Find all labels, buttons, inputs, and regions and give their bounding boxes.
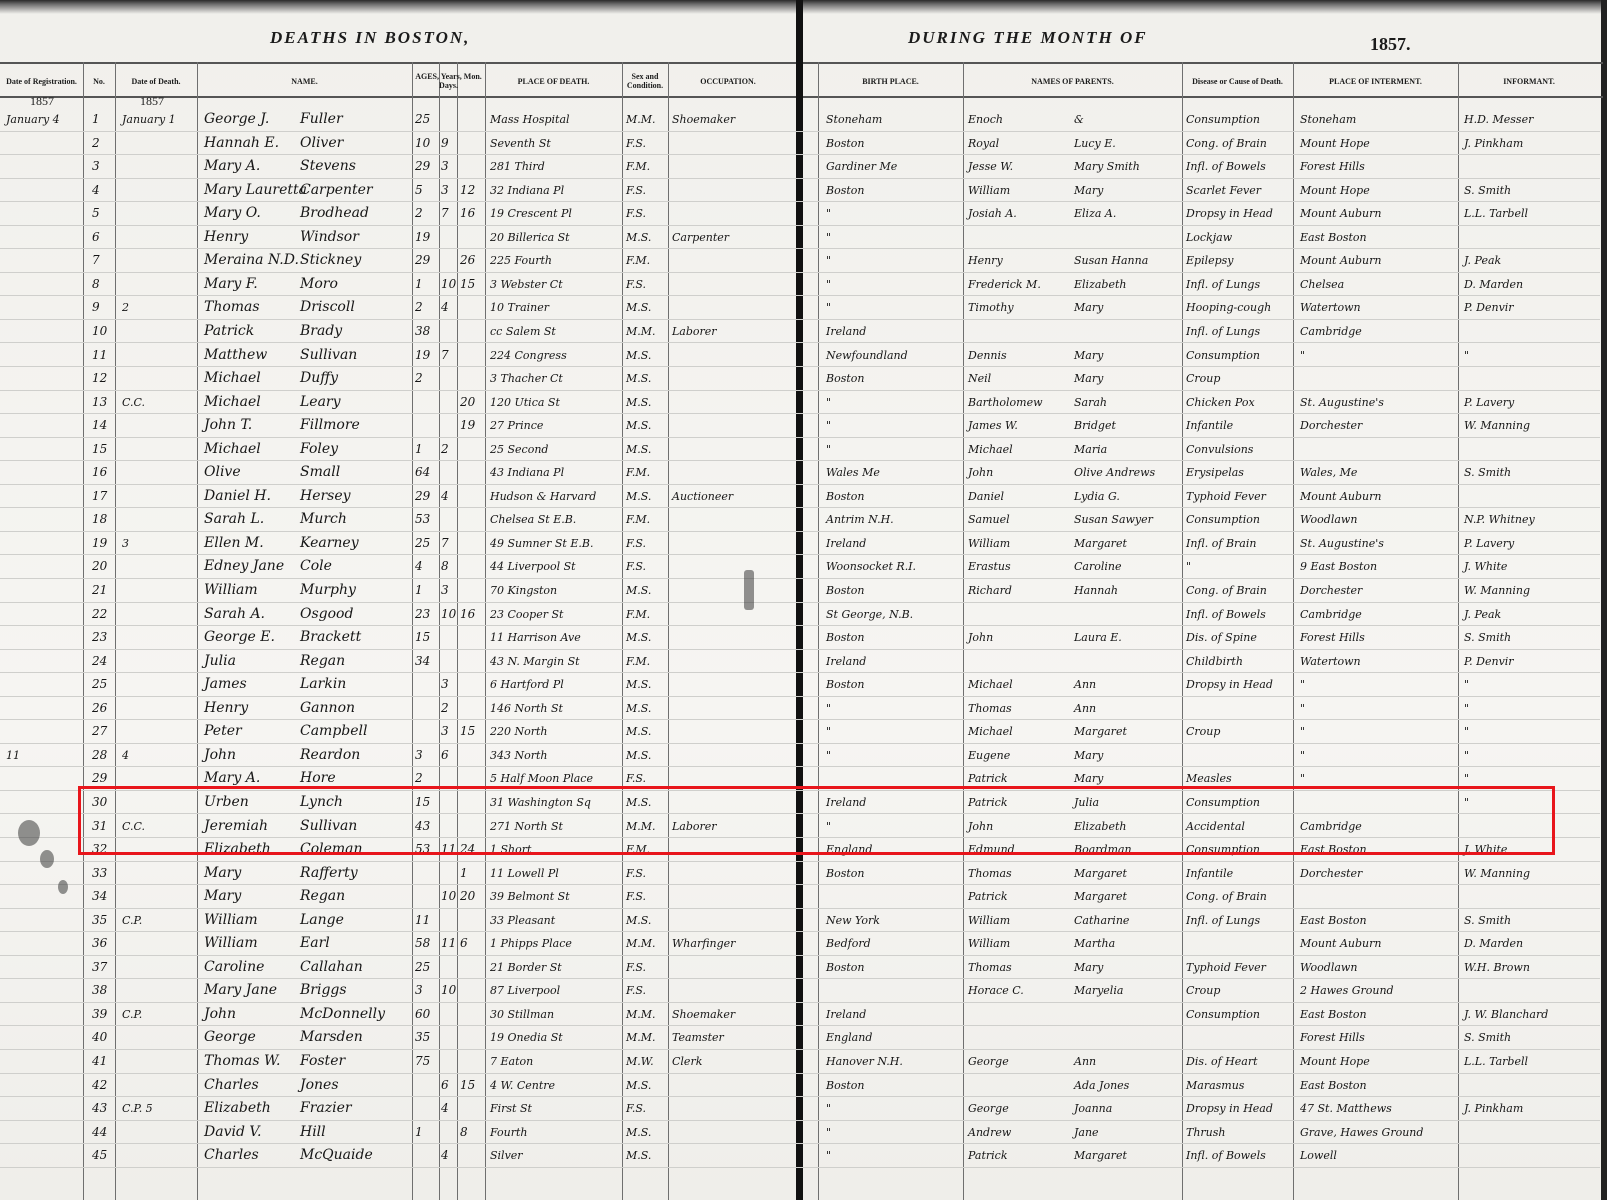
- birth-place: England: [826, 840, 872, 859]
- mother-name: Eliza A.: [1074, 204, 1116, 223]
- first-name: Mary F.: [204, 275, 258, 294]
- last-name: Briggs: [300, 981, 347, 1000]
- death-date: C.P.: [122, 1005, 142, 1024]
- age-years: 43: [415, 817, 430, 836]
- informant: N.P. Whitney: [1464, 510, 1535, 529]
- birth-place: St George, N.B.: [826, 605, 913, 624]
- age-years: 29: [415, 157, 430, 176]
- age-years: 25: [415, 110, 430, 129]
- last-name: Larkin: [300, 675, 346, 694]
- age-months: 3: [441, 581, 449, 600]
- record-number: 5: [92, 204, 100, 223]
- place-of-interment: Mount Auburn: [1300, 934, 1381, 953]
- cause-of-death: Consumption: [1186, 793, 1260, 812]
- first-name: Patrick: [204, 322, 254, 341]
- last-name: Regan: [300, 887, 345, 906]
- cause-of-death: Typhoid Fever: [1186, 958, 1266, 977]
- birth-place: Boston: [826, 134, 864, 153]
- first-name: James: [204, 675, 247, 694]
- place-of-death: 3 Webster Ct: [490, 275, 563, 294]
- mother-name: Maria: [1074, 440, 1107, 459]
- record-number: 31: [92, 817, 107, 836]
- table-row: 31C.C.JeremiahSullivan43271 North StM.M.…: [0, 815, 1607, 839]
- cause-of-death: ": [1186, 557, 1191, 576]
- place-of-death: 146 North St: [490, 699, 563, 718]
- table-row: 34MaryRegan102039 Belmont StF.S.PatrickM…: [0, 885, 1607, 909]
- table-row: 11MatthewSullivan197224 CongressM.S.Newf…: [0, 344, 1607, 368]
- last-name: Jones: [300, 1076, 339, 1095]
- cause-of-death: Cong. of Brain: [1186, 581, 1267, 600]
- age-months: 3: [441, 181, 449, 200]
- record-number: 9: [92, 298, 100, 317]
- age-years: 2: [415, 369, 423, 388]
- first-name: Henry: [204, 228, 248, 247]
- mother-name: Hannah: [1074, 581, 1118, 600]
- table-row: 11284JohnReardon36343 NorthM.S."EugeneMa…: [0, 744, 1607, 768]
- mother-name: Jane: [1074, 1123, 1099, 1142]
- place-of-death: Hudson & Harvard: [490, 487, 596, 506]
- father-name: Royal: [968, 134, 999, 153]
- age-days: 16: [460, 204, 475, 223]
- age-months: 3: [441, 157, 449, 176]
- cause-of-death: Epilepsy: [1186, 251, 1234, 270]
- birth-place: Antrim N.H.: [826, 510, 894, 529]
- occupation: Laborer: [672, 322, 717, 341]
- sex-condition: M.S.: [626, 911, 651, 930]
- mother-name: Mary: [1074, 298, 1103, 317]
- occupation: Teamster: [672, 1028, 724, 1047]
- age-years: 19: [415, 346, 430, 365]
- mother-name: Julia: [1074, 793, 1099, 812]
- death-date: C.P. 5: [122, 1099, 153, 1118]
- mother-name: Mary: [1074, 346, 1103, 365]
- cause-of-death: Croup: [1186, 981, 1220, 1000]
- sex-condition: M.S.: [626, 487, 651, 506]
- age-years: 23: [415, 605, 430, 624]
- mother-name: Maryelia: [1074, 981, 1123, 1000]
- birth-place: ": [826, 746, 831, 765]
- age-months: 10: [441, 887, 456, 906]
- mother-name: Margaret: [1074, 1146, 1127, 1165]
- table-row: 92ThomasDriscoll2410 TrainerM.S."Timothy…: [0, 296, 1607, 320]
- table-row: 38Mary JaneBriggs31087 LiverpoolF.S.Hora…: [0, 979, 1607, 1003]
- cause-of-death: Infl. of Bowels: [1186, 1146, 1266, 1165]
- header-occupation: OCCUPATION.: [668, 66, 788, 96]
- mother-name: Martha: [1074, 934, 1115, 953]
- page-year: 1857.: [1370, 34, 1411, 55]
- header-top-rule-left: [0, 62, 796, 64]
- informant: ": [1464, 769, 1469, 788]
- table-row: 21WilliamMurphy1370 KingstonM.S.BostonRi…: [0, 579, 1607, 603]
- cause-of-death: Childbirth: [1186, 652, 1243, 671]
- first-name: Mary: [204, 887, 241, 906]
- header-birth-place: BIRTH PLACE.: [818, 66, 963, 96]
- cause-of-death: Infl. of Lungs: [1186, 275, 1260, 294]
- birth-place: ": [826, 817, 831, 836]
- cause-of-death: Infl. of Bowels: [1186, 157, 1266, 176]
- father-name: Patrick: [968, 887, 1008, 906]
- birth-place: Newfoundland: [826, 346, 908, 365]
- record-number: 2: [92, 134, 100, 153]
- age-years: 15: [415, 628, 430, 647]
- informant: ": [1464, 346, 1469, 365]
- place-of-death: 49 Sumner St E.B.: [490, 534, 593, 553]
- sex-condition: M.M.: [626, 934, 656, 953]
- place-of-death: 4 W. Centre: [490, 1076, 555, 1095]
- place-of-death: 33 Pleasant: [490, 911, 555, 930]
- father-name: Timothy: [968, 298, 1014, 317]
- birth-place: Ireland: [826, 793, 866, 812]
- cause-of-death: Consumption: [1186, 346, 1260, 365]
- last-name: Foster: [300, 1052, 345, 1071]
- table-row: 14John T.Fillmore1927 PrinceM.S."James W…: [0, 414, 1607, 438]
- table-row: 193Ellen M.Kearney25749 Sumner St E.B.F.…: [0, 532, 1607, 556]
- age-months: 3: [441, 722, 449, 741]
- sex-condition: M.M.: [626, 322, 656, 341]
- cause-of-death: Typhoid Fever: [1186, 487, 1266, 506]
- age-months: 2: [441, 440, 449, 459]
- cause-of-death: Dis. of Spine: [1186, 628, 1257, 647]
- place-of-interment: East Boston: [1300, 1005, 1367, 1024]
- table-row: 26HenryGannon2146 North StM.S."ThomasAnn…: [0, 697, 1607, 721]
- sex-condition: M.M.: [626, 110, 656, 129]
- birth-place: Boston: [826, 958, 864, 977]
- sex-condition: F.M.: [626, 463, 650, 482]
- mother-name: Margaret: [1074, 864, 1127, 883]
- birth-place: ": [826, 275, 831, 294]
- occupation: Shoemaker: [672, 110, 735, 129]
- table-row: 7Meraina N.D.Stickney2926225 FourthF.M."…: [0, 249, 1607, 273]
- informant: D. Marden: [1464, 934, 1523, 953]
- record-number: 33: [92, 864, 107, 883]
- record-number: 17: [92, 487, 107, 506]
- first-name: Daniel H.: [204, 487, 271, 506]
- place-of-death: 44 Liverpool St: [490, 557, 576, 576]
- sex-condition: F.M.: [626, 157, 650, 176]
- age-years: 25: [415, 534, 430, 553]
- cause-of-death: Consumption: [1186, 1005, 1260, 1024]
- last-name: Hill: [300, 1123, 326, 1142]
- age-months: 6: [441, 746, 449, 765]
- mother-name: Ann: [1074, 699, 1096, 718]
- cause-of-death: Infl. of Lungs: [1186, 322, 1260, 341]
- birth-place: ": [826, 416, 831, 435]
- place-of-interment: Stoneham: [1300, 110, 1356, 129]
- mother-name: Mary: [1074, 181, 1103, 200]
- place-of-interment: Wales, Me: [1300, 463, 1357, 482]
- informant: J. W. Blanchard: [1464, 1005, 1548, 1024]
- header-bottom-rule-left: [0, 96, 796, 98]
- table-row: 18Sarah L.Murch53Chelsea St E.B.F.M.Antr…: [0, 508, 1607, 532]
- last-name: Foley: [300, 440, 338, 459]
- first-name: John: [204, 746, 236, 765]
- place-of-death: 1 Short: [490, 840, 531, 859]
- sex-condition: M.S.: [626, 416, 651, 435]
- age-days: 24: [460, 840, 475, 859]
- table-row: 23George E.Brackett1511 Harrison AveM.S.…: [0, 626, 1607, 650]
- record-number: 29: [92, 769, 107, 788]
- header-top-rule-right: [803, 62, 1603, 64]
- place-of-death: 11 Lowell Pl: [490, 864, 559, 883]
- first-name: Olive: [204, 463, 241, 482]
- last-name: Regan: [300, 652, 345, 671]
- record-number: 23: [92, 628, 107, 647]
- birth-place: Bedford: [826, 934, 871, 953]
- place-of-interment: Dorchester: [1300, 864, 1362, 883]
- table-row: 17Daniel H.Hersey294Hudson & HarvardM.S.…: [0, 485, 1607, 509]
- last-name: Brady: [300, 322, 342, 341]
- table-row: 22Sarah A.Osgood23101623 Cooper StF.M.St…: [0, 603, 1607, 627]
- place-of-death: 224 Congress: [490, 346, 567, 365]
- record-number: 27: [92, 722, 107, 741]
- age-years: 64: [415, 463, 430, 482]
- last-name: Cole: [300, 557, 332, 576]
- mother-name: Margaret: [1074, 887, 1127, 906]
- table-row: 45CharlesMcQuaide4SilverM.S."PatrickMarg…: [0, 1144, 1607, 1168]
- record-number: 30: [92, 793, 107, 812]
- age-months: 11: [441, 934, 456, 953]
- informant: P. Lavery: [1464, 393, 1514, 412]
- father-name: Edmund: [968, 840, 1015, 859]
- place-of-interment: Chelsea: [1300, 275, 1344, 294]
- informant: W.H. Brown: [1464, 958, 1530, 977]
- last-name: Reardon: [300, 746, 360, 765]
- place-of-interment: Mount Hope: [1300, 181, 1370, 200]
- father-name: Horace C.: [968, 981, 1024, 1000]
- informant: J. Peak: [1464, 251, 1501, 270]
- informant: ": [1464, 675, 1469, 694]
- first-name: Elizabeth: [204, 1099, 271, 1118]
- header-date-of-death: Date of Death.: [115, 66, 197, 96]
- page-title-left: DEATHS IN BOSTON,: [270, 28, 470, 48]
- first-name: Sarah A.: [204, 605, 265, 624]
- sex-condition: M.S.: [626, 228, 651, 247]
- place-of-interment: Watertown: [1300, 652, 1361, 671]
- last-name: Hore: [300, 769, 336, 788]
- age-years: 2: [415, 769, 423, 788]
- age-months: 7: [441, 346, 449, 365]
- mother-name: Elizabeth: [1074, 817, 1126, 836]
- first-name: Ellen M.: [204, 534, 264, 553]
- ledger-page: DEATHS IN BOSTON, DURING THE MONTH OF 18…: [0, 0, 1607, 1200]
- last-name: Campbell: [300, 722, 368, 741]
- place-of-interment: Mount Auburn: [1300, 251, 1381, 270]
- age-days: 15: [460, 1076, 475, 1095]
- age-years: 38: [415, 322, 430, 341]
- sex-condition: M.S.: [626, 675, 651, 694]
- informant: ": [1464, 793, 1469, 812]
- place-of-interment: East Boston: [1300, 1076, 1367, 1095]
- informant: S. Smith: [1464, 1028, 1511, 1047]
- place-of-interment: East Boston: [1300, 228, 1367, 247]
- place-of-death: 31 Washington Sq: [490, 793, 591, 812]
- place-of-death: First St: [490, 1099, 532, 1118]
- place-of-death: Silver: [490, 1146, 523, 1165]
- table-row: 13C.C.MichaelLeary20120 Utica StM.S."Bar…: [0, 391, 1607, 415]
- last-name: Duffy: [300, 369, 338, 388]
- record-number: 21: [92, 581, 107, 600]
- age-months: 9: [441, 134, 449, 153]
- first-name: Elizabeth: [204, 840, 271, 859]
- first-name: John T.: [204, 416, 252, 435]
- cause-of-death: Hooping-cough: [1186, 298, 1271, 317]
- birth-place: Boston: [826, 675, 864, 694]
- place-of-death: 5 Half Moon Place: [490, 769, 593, 788]
- father-name: George: [968, 1052, 1009, 1071]
- father-name: William: [968, 911, 1010, 930]
- informant: S. Smith: [1464, 628, 1511, 647]
- age-years: 10: [415, 134, 430, 153]
- age-years: 58: [415, 934, 430, 953]
- table-row: 12MichaelDuffy23 Thacher CtM.S.BostonNei…: [0, 367, 1607, 391]
- record-number: 40: [92, 1028, 107, 1047]
- first-name: John: [204, 1005, 236, 1024]
- place-of-interment: Watertown: [1300, 298, 1361, 317]
- death-date: 2: [122, 298, 129, 317]
- last-name: Windsor: [300, 228, 359, 247]
- table-row: 6HenryWindsor1920 Billerica StM.S.Carpen…: [0, 226, 1607, 250]
- birth-place: Stoneham: [826, 110, 882, 129]
- table-row: 42CharlesJones6154 W. CentreM.S.BostonAd…: [0, 1074, 1607, 1098]
- age-years: 2: [415, 298, 423, 317]
- informant: ": [1464, 699, 1469, 718]
- first-name: George J.: [204, 110, 269, 129]
- age-months: 4: [441, 1146, 449, 1165]
- informant: L.L. Tarbell: [1464, 1052, 1528, 1071]
- place-of-interment: Lowell: [1300, 1146, 1337, 1165]
- place-of-interment: ": [1300, 699, 1305, 718]
- last-name: Carpenter: [300, 181, 373, 200]
- birth-place: Boston: [826, 864, 864, 883]
- sex-condition: M.S.: [626, 346, 651, 365]
- ink-stain: [18, 820, 40, 846]
- table-row: 25JamesLarkin36 Hartford PlM.S.BostonMic…: [0, 673, 1607, 697]
- last-name: Oliver: [300, 134, 343, 153]
- first-name: George E.: [204, 628, 275, 647]
- place-of-death: 27 Prince: [490, 416, 543, 435]
- birth-place: ": [826, 204, 831, 223]
- page-title-right: DURING THE MONTH OF: [908, 28, 1148, 48]
- birth-place: Gardiner Me: [826, 157, 897, 176]
- father-name: James W.: [968, 416, 1018, 435]
- father-name: Michael: [968, 675, 1013, 694]
- cause-of-death: Dis. of Heart: [1186, 1052, 1258, 1071]
- death-date: C.C.: [122, 393, 145, 412]
- cause-of-death: Infl. of Brain: [1186, 534, 1256, 553]
- place-of-interment: Forest Hills: [1300, 157, 1365, 176]
- last-name: Fillmore: [300, 416, 360, 435]
- sex-condition: M.S.: [626, 298, 651, 317]
- age-months: 3: [441, 675, 449, 694]
- occupation: Auctioneer: [672, 487, 733, 506]
- age-months: 4: [441, 298, 449, 317]
- age-years: 3: [415, 746, 423, 765]
- informant: J. Pinkham: [1464, 134, 1523, 153]
- cause-of-death: Convulsions: [1186, 440, 1253, 459]
- first-name: Urben: [204, 793, 249, 812]
- age-months: 6: [441, 1076, 449, 1095]
- table-row: 15MichaelFoley1225 SecondM.S."MichaelMar…: [0, 438, 1607, 462]
- age-years: 53: [415, 510, 430, 529]
- table-row: 24JuliaRegan3443 N. Margin StF.M.Ireland…: [0, 650, 1607, 674]
- father-name: Michael: [968, 722, 1013, 741]
- place-of-death: 32 Indiana Pl: [490, 181, 564, 200]
- last-name: Hersey: [300, 487, 351, 506]
- informant: ": [1464, 722, 1469, 741]
- age-years: 29: [415, 251, 430, 270]
- last-name: Rafferty: [300, 864, 358, 883]
- table-row: 8Mary F.Moro110153 Webster CtF.S."Freder…: [0, 273, 1607, 297]
- record-number: 32: [92, 840, 107, 859]
- sex-condition: F.S.: [626, 887, 646, 906]
- informant: S. Smith: [1464, 463, 1511, 482]
- cause-of-death: Erysipelas: [1186, 463, 1244, 482]
- mother-name: Margaret: [1074, 722, 1127, 741]
- place-of-death: 19 Onedia St: [490, 1028, 563, 1047]
- sex-condition: M.S.: [626, 628, 651, 647]
- header-date-of-registration: Date of Registration.: [0, 66, 83, 96]
- place-of-death: 1 Phipps Place: [490, 934, 572, 953]
- last-name: Brodhead: [300, 204, 369, 223]
- first-name: Mary A.: [204, 157, 260, 176]
- informant: S. Smith: [1464, 911, 1511, 930]
- record-number: 13: [92, 393, 107, 412]
- record-number: 28: [92, 746, 107, 765]
- first-name: Michael: [204, 440, 261, 459]
- father-name: Michael: [968, 440, 1013, 459]
- informant: J. Peak: [1464, 605, 1501, 624]
- table-row: 20Edney JaneCole4844 Liverpool StF.S.Woo…: [0, 555, 1607, 579]
- mother-name: Margaret: [1074, 534, 1127, 553]
- cause-of-death: Croup: [1186, 369, 1220, 388]
- place-of-death: 20 Billerica St: [490, 228, 570, 247]
- age-years: 11: [415, 911, 430, 930]
- header-name: NAME.: [197, 66, 412, 96]
- record-number: 24: [92, 652, 107, 671]
- first-name: Edney Jane: [204, 557, 284, 576]
- father-name: Neil: [968, 369, 991, 388]
- place-of-interment: Grave, Hawes Ground: [1300, 1123, 1423, 1142]
- table-row: 27PeterCampbell315220 NorthM.S."MichaelM…: [0, 720, 1607, 744]
- sex-condition: F.M.: [626, 840, 650, 859]
- place-of-death: 271 North St: [490, 817, 563, 836]
- father-name: Richard: [968, 581, 1012, 600]
- last-name: Moro: [300, 275, 338, 294]
- place-of-interment: East Boston: [1300, 840, 1367, 859]
- father-name: Frederick M.: [968, 275, 1041, 294]
- table-row: 39C.P.JohnMcDonnelly6030 StillmanM.M.Sho…: [0, 1003, 1607, 1027]
- table-row: 3Mary A.Stevens293281 ThirdF.M.Gardiner …: [0, 155, 1607, 179]
- cause-of-death: Cong. of Brain: [1186, 887, 1267, 906]
- age-months: 11: [441, 840, 456, 859]
- first-name: Michael: [204, 369, 261, 388]
- birth-place: Ireland: [826, 1005, 866, 1024]
- cause-of-death: Lockjaw: [1186, 228, 1232, 247]
- place-of-interment: Cambridge: [1300, 817, 1362, 836]
- age-days: 19: [460, 416, 475, 435]
- informant: P. Denvir: [1464, 298, 1514, 317]
- birth-place: ": [826, 298, 831, 317]
- father-name: Patrick: [968, 793, 1008, 812]
- mother-name: Caroline: [1074, 557, 1122, 576]
- first-name: Mary O.: [204, 204, 261, 223]
- place-of-interment: Mount Auburn: [1300, 487, 1381, 506]
- cause-of-death: Chicken Pox: [1186, 393, 1255, 412]
- place-of-death: 87 Liverpool: [490, 981, 560, 1000]
- cause-of-death: Infantile: [1186, 864, 1233, 883]
- last-name: Marsden: [300, 1028, 363, 1047]
- mother-name: Ada Jones: [1074, 1076, 1129, 1095]
